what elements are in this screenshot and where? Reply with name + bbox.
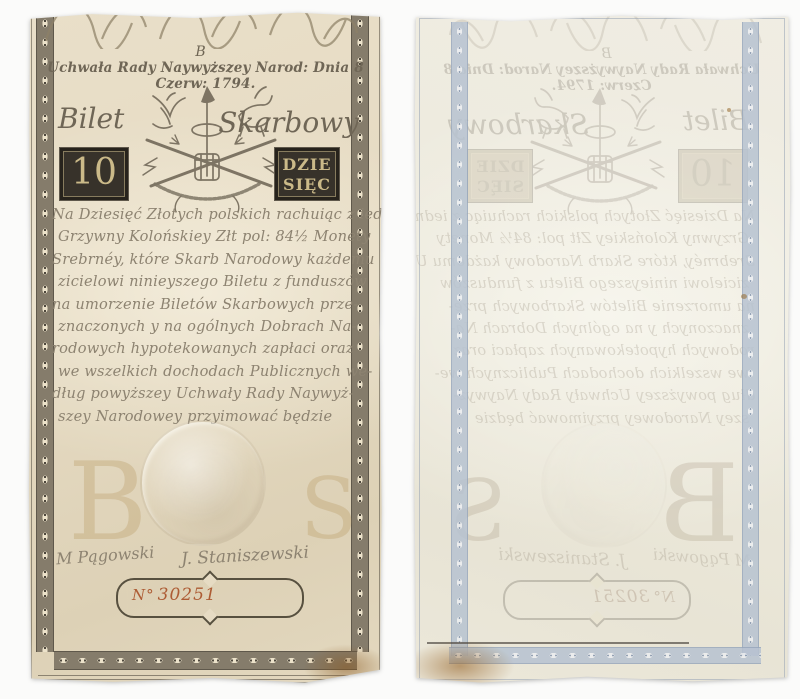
banknote-scan: B Uchwała Rady Naywyższey Narod: Dnia 8 … xyxy=(0,0,800,699)
banknote-front: B Uchwała Rady Naywyższey Narod: Dnia 8 … xyxy=(28,8,383,686)
denomination-numeral-box: 10 xyxy=(60,148,128,200)
obligation-text-line: na umorzenie Biletów Skarbowych prze- xyxy=(52,294,362,316)
signature-treasurer: J. Staniszewski xyxy=(181,543,310,570)
obligation-text-line: we wszelkich dochodach Publicznych we- xyxy=(58,361,362,383)
corner-stain xyxy=(303,644,389,690)
denomination-numeral: 10 xyxy=(71,152,117,193)
obligation-text-block: Na Dziesięć Złotych polskich rachuiąc z … xyxy=(52,204,362,428)
calligraphic-flourish xyxy=(42,9,360,49)
back-left-border-lace xyxy=(451,22,468,656)
serial-digits: 30251 xyxy=(158,585,217,605)
obligation-text-line: Srebrnéy, które Skarb Narodowy każdemu U… xyxy=(52,249,362,271)
cartouche-notch xyxy=(202,609,219,626)
serial-number-cartouche: N°30251 xyxy=(116,578,304,618)
embossed-dry-seal xyxy=(140,420,266,546)
corner-stain xyxy=(405,640,515,692)
signature-row: M Pągowski J. Staniszewski xyxy=(56,546,356,566)
obligation-text-line: znaczonych y na ogólnych Dobrach Na- xyxy=(58,316,362,338)
denomination-word-line: DZIE xyxy=(278,155,336,175)
eagle-icon xyxy=(153,93,185,128)
obligation-text-line: rodowych hypotekowanych zapłaci oraz xyxy=(52,338,362,360)
signature-commissioner: M Pągowski xyxy=(55,543,154,569)
foxing-speck xyxy=(727,108,731,112)
back-outer-frame xyxy=(419,18,785,680)
front-printed-content: B Uchwała Rady Naywyższey Narod: Dnia 8 … xyxy=(28,8,383,686)
liberty-cap-icon xyxy=(201,86,215,103)
serial-prefix: N° xyxy=(132,586,155,604)
back-right-border-lace xyxy=(742,22,759,656)
banknote-back: B Uchwała Rady Naywyższey Narod: Dnia 8 … xyxy=(413,12,791,686)
title-bilet: Bilet xyxy=(58,102,124,135)
coat-of-arms-emblem xyxy=(123,80,291,222)
series-letter: B xyxy=(28,44,373,60)
horseman-icon xyxy=(239,87,272,136)
serial-number: N°30251 xyxy=(132,585,217,605)
obligation-text-line: dług powyższey Uchwały Rady Naywyż- xyxy=(52,383,362,405)
watermark-letter-s: S xyxy=(300,460,358,558)
denomination-word-line: SIĘC xyxy=(278,175,336,195)
foxing-speck xyxy=(741,294,747,299)
obligation-text-line: zicielowi ninieyszego Biletu z funduszów xyxy=(58,271,362,293)
obligation-text-line: Na Dziesięć Złotych polskich rachuiąc z … xyxy=(52,204,362,226)
denomination-word-box: DZIE SIĘC xyxy=(275,148,339,200)
obligation-text-line: Grzywny Kolońskiey Złt pol: 84½ Monety xyxy=(58,226,362,248)
